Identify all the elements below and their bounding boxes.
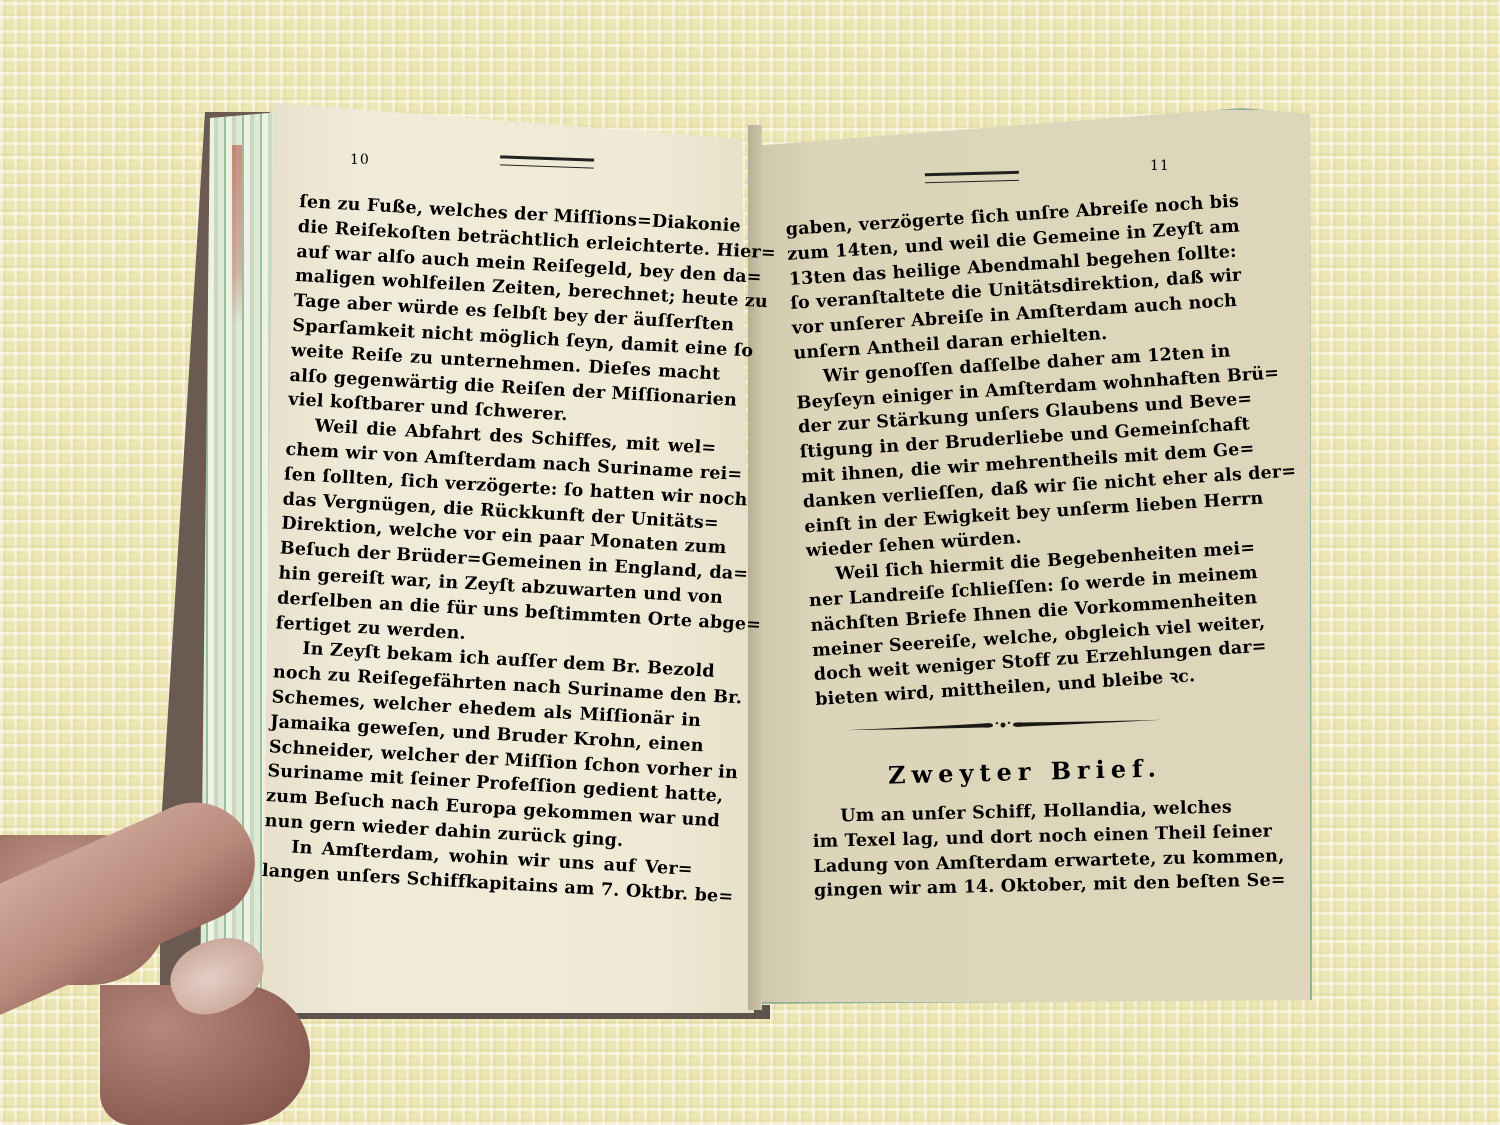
right-page-text: gaben, verzögerte ſich unſre Abreiſe noc… bbox=[785, 192, 1235, 713]
right-page-section-text: Um an unſer Schiff, Hollandia, welches i… bbox=[812, 796, 1229, 905]
left-page-number: 10 bbox=[350, 152, 370, 168]
hand-holding-book bbox=[0, 835, 310, 1125]
right-page-number: 11 bbox=[1150, 158, 1170, 174]
left-page-text: ſen zu Fuße, welches der Miſſions=Diakon… bbox=[261, 190, 729, 907]
photo-scene: 10 11 ſen zu Fuße, welches der Miſſions=… bbox=[0, 0, 1500, 1125]
red-edge-stain bbox=[232, 145, 242, 325]
